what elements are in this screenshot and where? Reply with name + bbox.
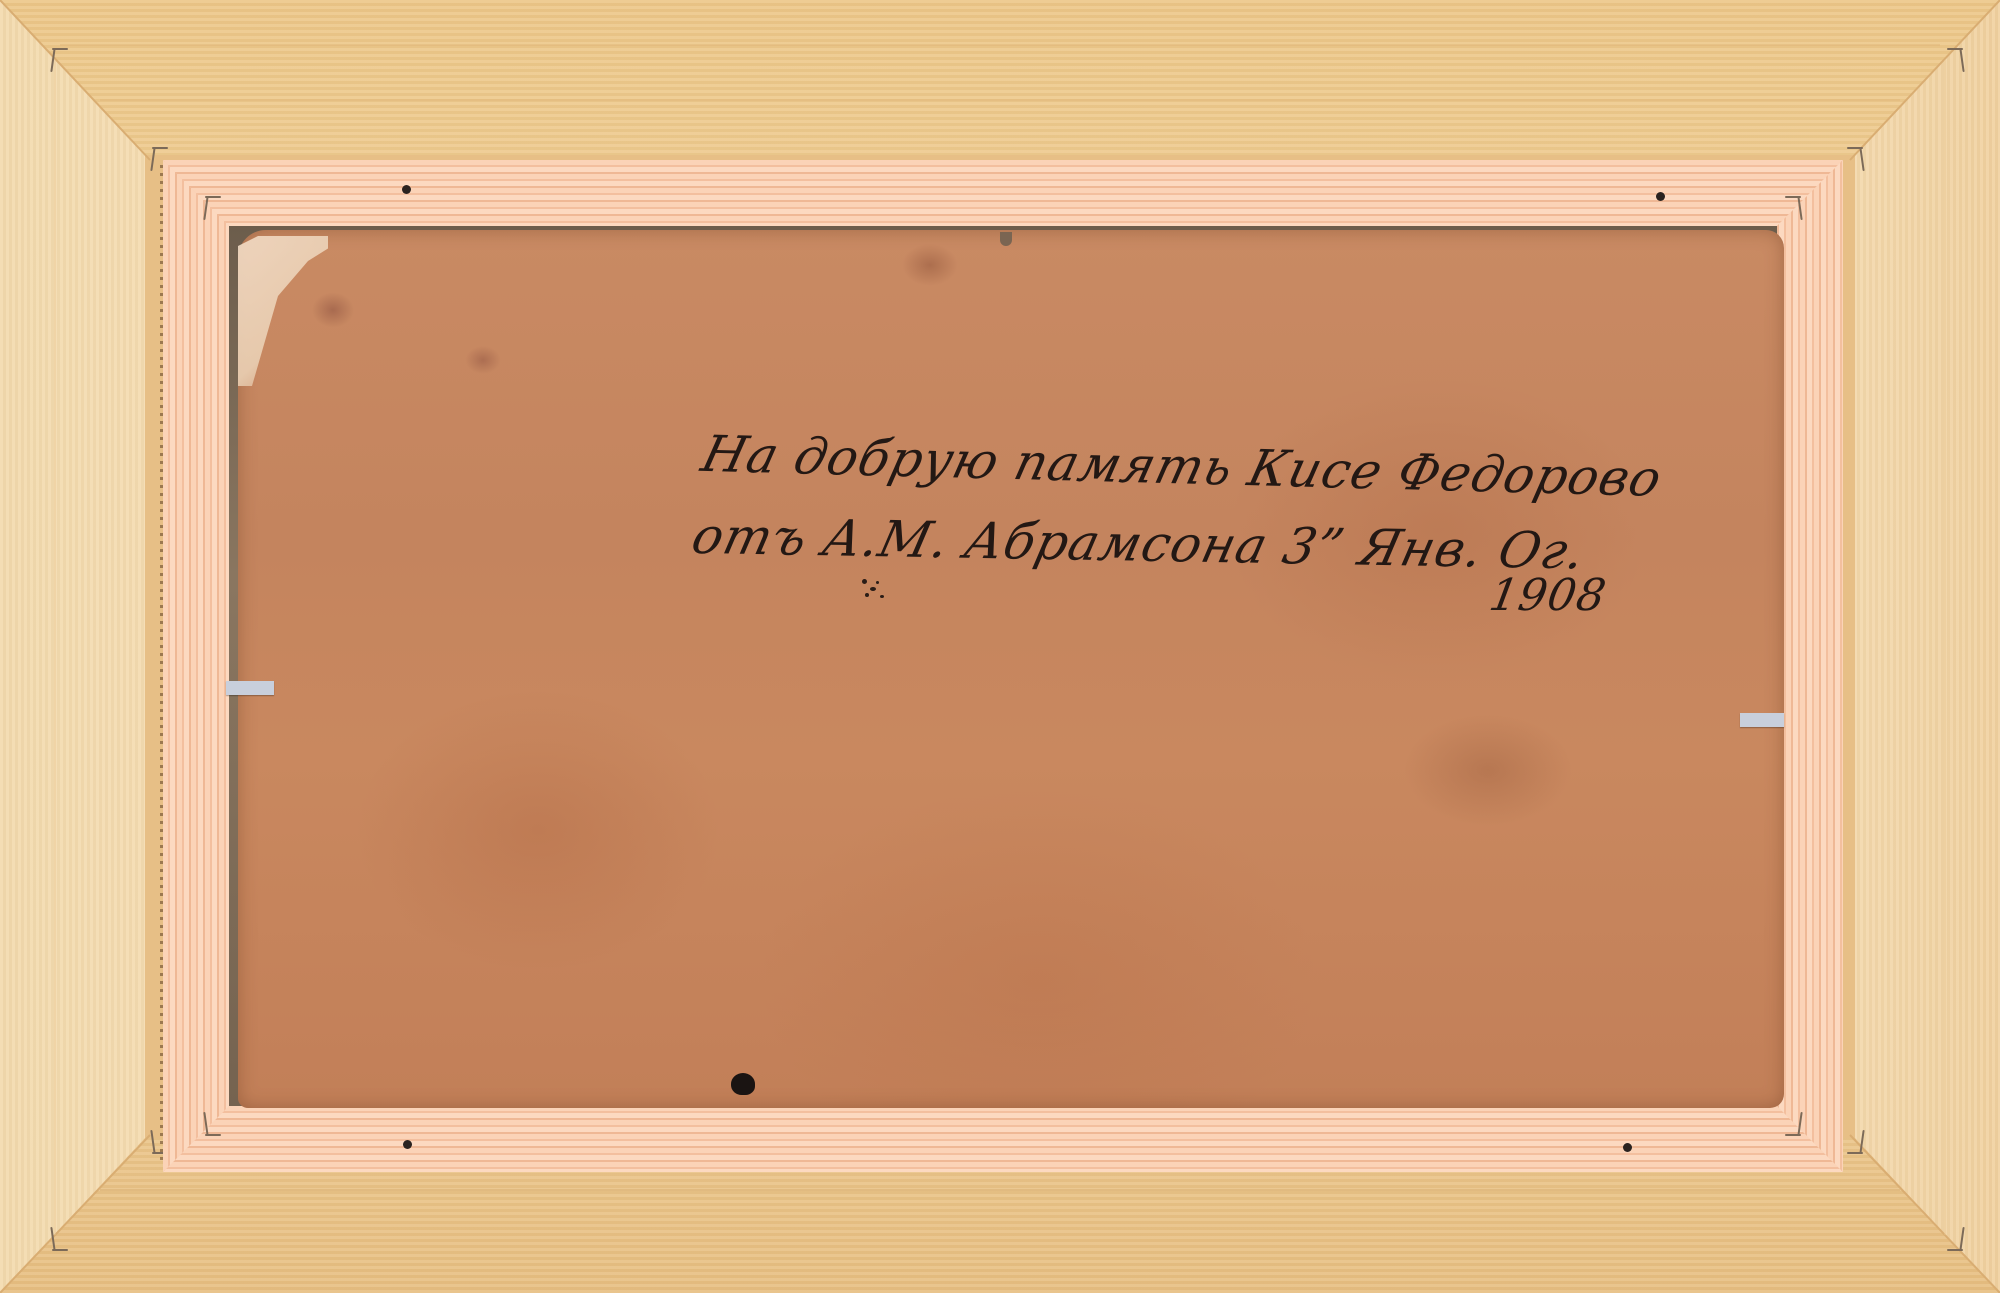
inner-frame-right-rail [1777, 160, 1843, 1172]
left-retaining-clip [226, 681, 274, 695]
inscription-year: 1908 [1486, 570, 1611, 621]
handwritten-inscription: На добрую память Кисе Федорово отъ А.М. … [700, 425, 1800, 625]
screw-icon [403, 1140, 412, 1149]
staple-icon [1845, 1128, 1867, 1154]
inner-frame-bottom-rail [163, 1106, 1843, 1172]
inner-frame-top-rail [163, 160, 1843, 226]
staple-icon [201, 1110, 223, 1136]
staple-icon [48, 48, 70, 74]
staple-icon [1945, 48, 1967, 74]
cardboard-panel [238, 230, 1784, 1108]
screw-icon [1656, 192, 1665, 201]
inscription-line-1: На добрую память Кисе Федорово [696, 425, 1668, 508]
right-retaining-clip [1740, 713, 1784, 727]
punch-hole [731, 1073, 755, 1095]
staple-icon [1783, 196, 1805, 222]
inner-frame-left-rail [163, 160, 229, 1172]
screw-icon [402, 185, 411, 194]
staple-icon [48, 1225, 70, 1251]
screw-icon [1623, 1143, 1632, 1152]
staple-icon [1845, 147, 1867, 173]
framed-artwork-back: На добрую память Кисе Федорово отъ А.М. … [0, 0, 2000, 1293]
staple-icon [1783, 1110, 1805, 1136]
board-notch [1000, 232, 1012, 246]
staple-icon [1945, 1225, 1967, 1251]
inscription-line-2: отъ А.М. Абрамсона 3” Янв. Ог. [687, 507, 1592, 580]
staple-icon [201, 196, 223, 222]
